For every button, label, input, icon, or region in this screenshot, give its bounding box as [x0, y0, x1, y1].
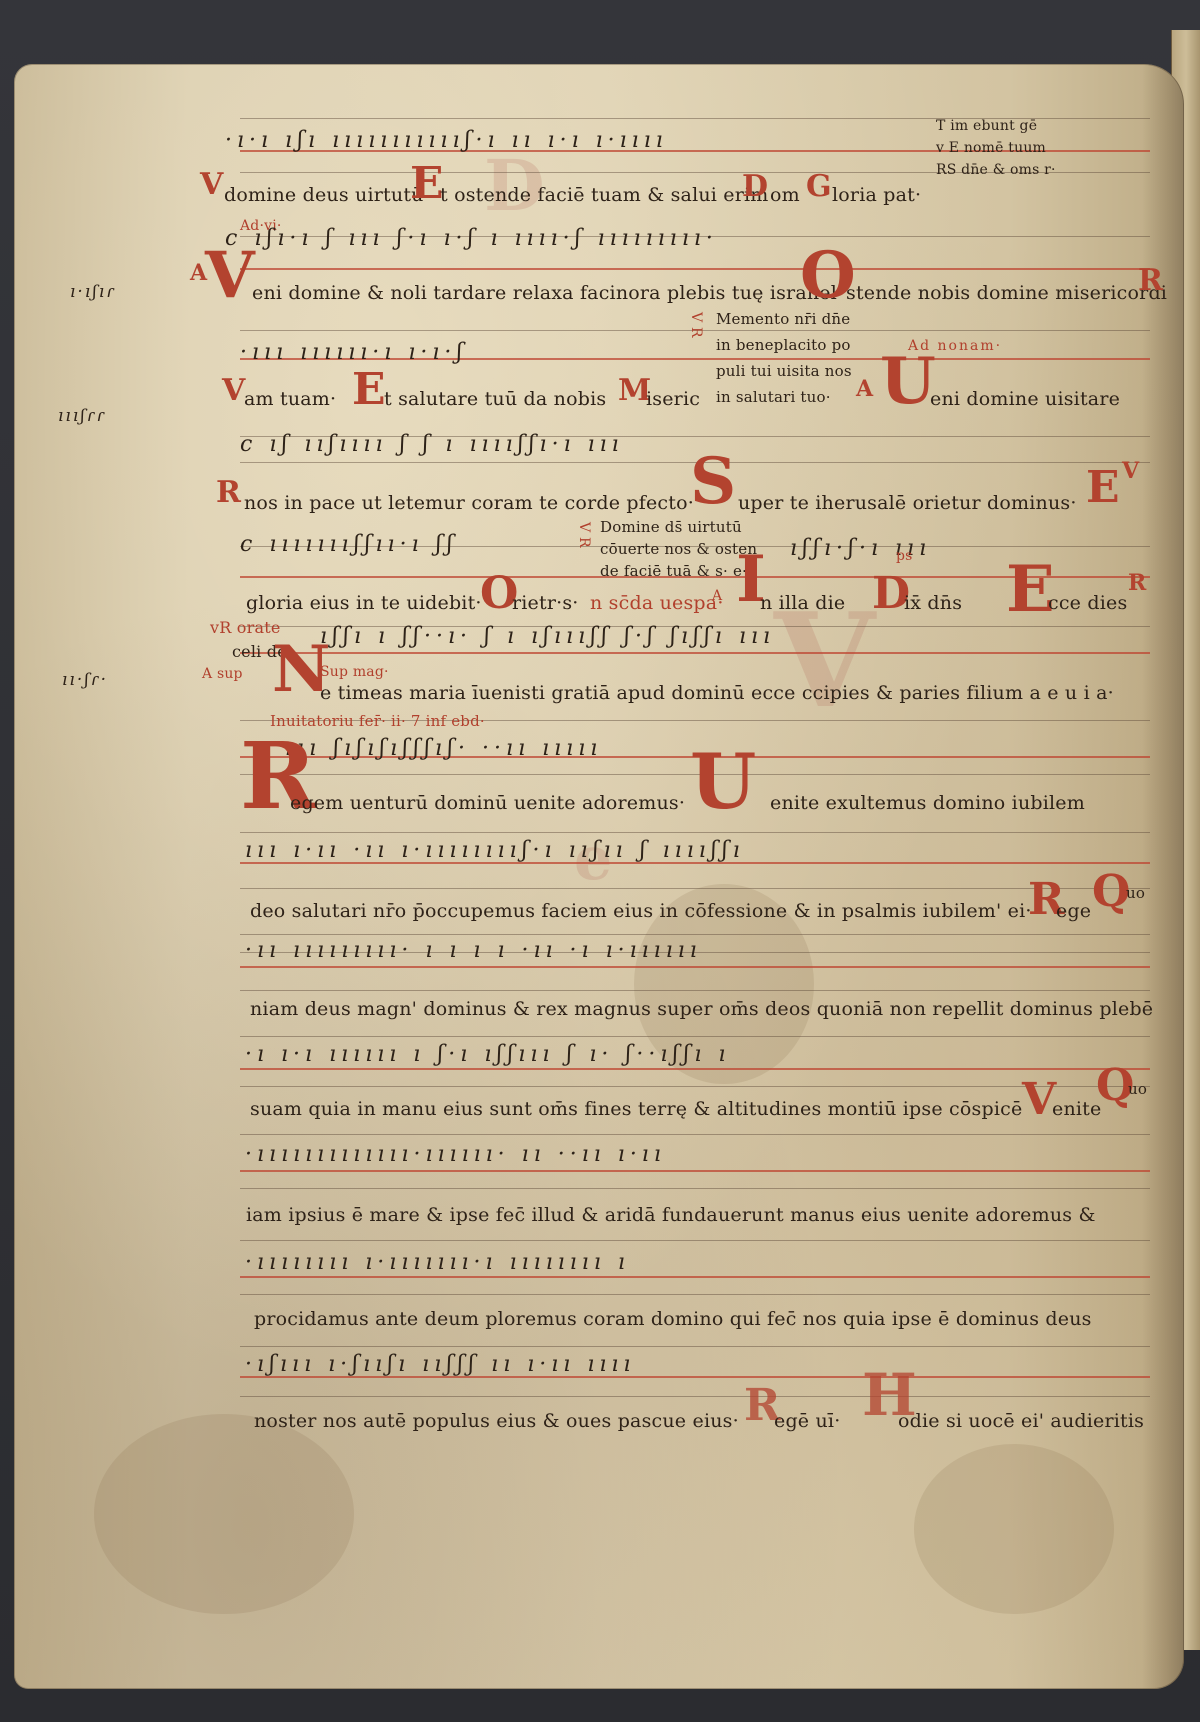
initial-letter: E — [352, 368, 386, 412]
staff-line — [240, 990, 1150, 991]
chant-text: am tuam· — [244, 388, 336, 410]
versicle-text: Memento nr̄i dn̄e — [716, 310, 850, 328]
side-text: T im ebunt gē — [936, 118, 1037, 134]
initial-letter: U — [880, 350, 936, 414]
staff-line — [240, 1036, 1150, 1037]
chant-text: cce dies — [1048, 592, 1127, 614]
chant-text: niam deus magn' dominus & rex magnus sup… — [250, 998, 1153, 1020]
staff-line — [240, 1396, 1150, 1397]
versicle-text: de faciē tuā & s· e· — [600, 562, 747, 580]
neume-row: ·ıııııııı ı·ııııııı·ı ıııııııı ı — [245, 1250, 630, 1275]
versicle-rubric: V R — [576, 522, 592, 548]
rubric-versicle-sign: V — [1122, 460, 1139, 482]
neume-row: ıʃʃı ı ʃʃ··ı· ʃ ı ıʃıııʃʃ ʃ·ʃ ʃıʃʃı ııı — [320, 624, 775, 649]
staff-line — [240, 1086, 1150, 1087]
neume-row: ·ııııııııııııı·ıııııı· ıı ··ıı ı·ıı — [245, 1142, 666, 1167]
rubric-text: n sc̄da uespa· — [590, 592, 724, 614]
chant-text: enite exultemus domino iubilem — [770, 792, 1085, 814]
chant-text: e timeas maria īuenisti gratiā apud domi… — [320, 682, 1114, 704]
staff-line-red — [240, 1170, 1150, 1172]
chant-text: enite — [1052, 1098, 1101, 1120]
chant-text: stende nobis domine misericordi — [846, 282, 1167, 304]
margin-note: ıııʃɾɾ — [58, 406, 106, 426]
versicle-text: in beneplacito po — [716, 336, 851, 354]
chant-text: egē uī· — [774, 1410, 840, 1432]
rubric-psalm: ps — [896, 548, 913, 564]
chant-text: ix̄ dn̄s — [904, 592, 962, 614]
staff-line — [240, 1346, 1150, 1347]
chant-text: iam ipsius ē mare & ipse fec̄ illud & ar… — [246, 1204, 1096, 1226]
rubric-responsory-sign: R — [216, 478, 241, 508]
chant-text: uper te iherusalē orietur dominus· — [738, 492, 1077, 514]
staff-line — [240, 1134, 1150, 1135]
chant-text: ege — [1056, 900, 1091, 922]
initial-letter: E — [410, 162, 444, 206]
versicle-rubric: V R — [688, 312, 704, 338]
chant-text: rietr·s· — [512, 592, 579, 614]
neume-row: c ıʃ ııʃıııı ʃ ʃ ı ııııʃʃı·ı ııı — [240, 432, 624, 457]
rubric-antiphon-sign: A — [712, 588, 722, 604]
chant-text: deo salutari nr̄o p̄occupemus faciem eiu… — [250, 900, 1032, 922]
chant-text: om — [770, 184, 800, 206]
chant-text: noster nos autē populus eius & oues pasc… — [254, 1410, 739, 1432]
stain — [914, 1444, 1114, 1614]
chant-text: odie si uocē ei' audieritis — [898, 1410, 1144, 1432]
versicle-text: Domine ds̄ uirtutū — [600, 518, 742, 536]
chant-text: n illa die — [760, 592, 845, 614]
chant-text: t ostende faciē tuam & salui erim — [440, 184, 769, 206]
initial-letter: Q — [1092, 870, 1130, 914]
initial-letter: V — [205, 244, 255, 308]
chant-text: domine deus uirtutū — [224, 184, 424, 206]
initial-letter: S — [690, 450, 736, 514]
side-text: RS dn̄e & oms r· — [936, 162, 1056, 178]
neume-row: ·ıʃııı ı·ʃııʃı ııʃʃʃ ıı ı·ıı ıııı — [245, 1352, 635, 1377]
neume-row: c ıııııııʃʃıı·ı ʃʃ — [240, 532, 458, 557]
chant-text: iseric — [646, 388, 700, 410]
chant-text: egem uenturū dominū uenite adoremus· — [290, 792, 685, 814]
chant-text: uo — [1126, 884, 1145, 902]
rubric-responsory-sign: R — [1138, 266, 1163, 296]
initial-letter: E — [1086, 466, 1120, 510]
neume-row: ·ı ı·ı ıııııı ı ʃ·ı ıʃʃııı ʃ ı· ʃ··ıʃʃı … — [245, 1042, 730, 1067]
neume-row: ·ıı ııııııııı· ı ı ı ı ·ıı ·ı ı·ıııııı — [245, 938, 702, 963]
initial-letter: U — [690, 744, 756, 820]
staff-line — [240, 1294, 1150, 1295]
staff-line-red — [240, 652, 1150, 654]
staff-line — [240, 1240, 1150, 1241]
chant-text: uo — [1128, 1080, 1147, 1098]
small-initial: A — [856, 378, 873, 400]
chant-text: nos in pace ut letemur coram te corde pf… — [244, 492, 694, 514]
rubric-versicle-incipit: vR orate — [210, 618, 281, 637]
rubric-antiphon-sign: A sup — [202, 666, 243, 682]
chant-text: gloria eius in te uidebit· — [246, 592, 482, 614]
staff-line-red — [240, 1276, 1150, 1278]
initial-letter: D — [742, 172, 768, 202]
side-text: v E nomē tuum — [936, 140, 1046, 156]
staff-line — [240, 832, 1150, 833]
neume-row: ·ııı ıııııı·ı ı·ı·ʃ — [240, 340, 467, 365]
chant-text: t salutare tuū da nobis — [384, 388, 606, 410]
neume-row: c ıʃı·ı ʃ ııı ʃ·ı ı·ʃ ı ıııı·ʃ ııııııııı… — [225, 226, 718, 251]
versicle-text: in salutari tuo· — [716, 388, 831, 406]
staff-line-red — [240, 268, 1150, 270]
staff-line-red — [240, 966, 1150, 968]
staff-line — [240, 1188, 1150, 1189]
margin-note: ıı·ʃɾ· — [62, 670, 108, 690]
manuscript-folio: D V e ı·ıʃıɾ ıııʃɾɾ ıı·ʃɾ· — [14, 64, 1184, 1689]
staff-line — [240, 888, 1150, 889]
rubric-responsory-sign: R — [1128, 572, 1146, 594]
neume-row: ııı ʃıʃıʃıʃʃʃıʃ· ··ıı ııııı — [285, 736, 602, 761]
initial-letter: G — [806, 172, 832, 202]
versicle-text: cōuerte nos & osten — [600, 540, 757, 558]
staff-line-red — [240, 1068, 1150, 1070]
gutter-shadow — [1142, 64, 1184, 1689]
staff-line — [240, 934, 1150, 935]
chant-text: eni domine uisitare — [930, 388, 1120, 410]
versicle-text: puli tui uisita nos — [716, 362, 852, 380]
chant-text: loria pat· — [832, 184, 921, 206]
rubric-heading: Sup mag· — [320, 664, 389, 680]
chant-text: eni domine & noli tardare relaxa facinor… — [252, 282, 837, 304]
margin-note: ı·ıʃıɾ — [70, 282, 116, 302]
rubric-versicle-sign: V — [222, 376, 245, 406]
stain — [94, 1414, 354, 1614]
neume-row: ·ı·ı ıʃı ıııııııııııʃ·ı ıı ı·ı ı·ıııı — [225, 128, 668, 153]
chant-text: suam quia in manu eius sunt om̄s fines t… — [250, 1098, 1022, 1120]
rubric-versicle-sign: V — [200, 170, 223, 200]
neume-row: ııı ı·ıı ·ıı ı·ııııııııʃ·ı ııʃıı ʃ ııııʃ… — [245, 838, 745, 863]
chant-text: procidamus ante deum ploremus coram domi… — [254, 1308, 1092, 1330]
